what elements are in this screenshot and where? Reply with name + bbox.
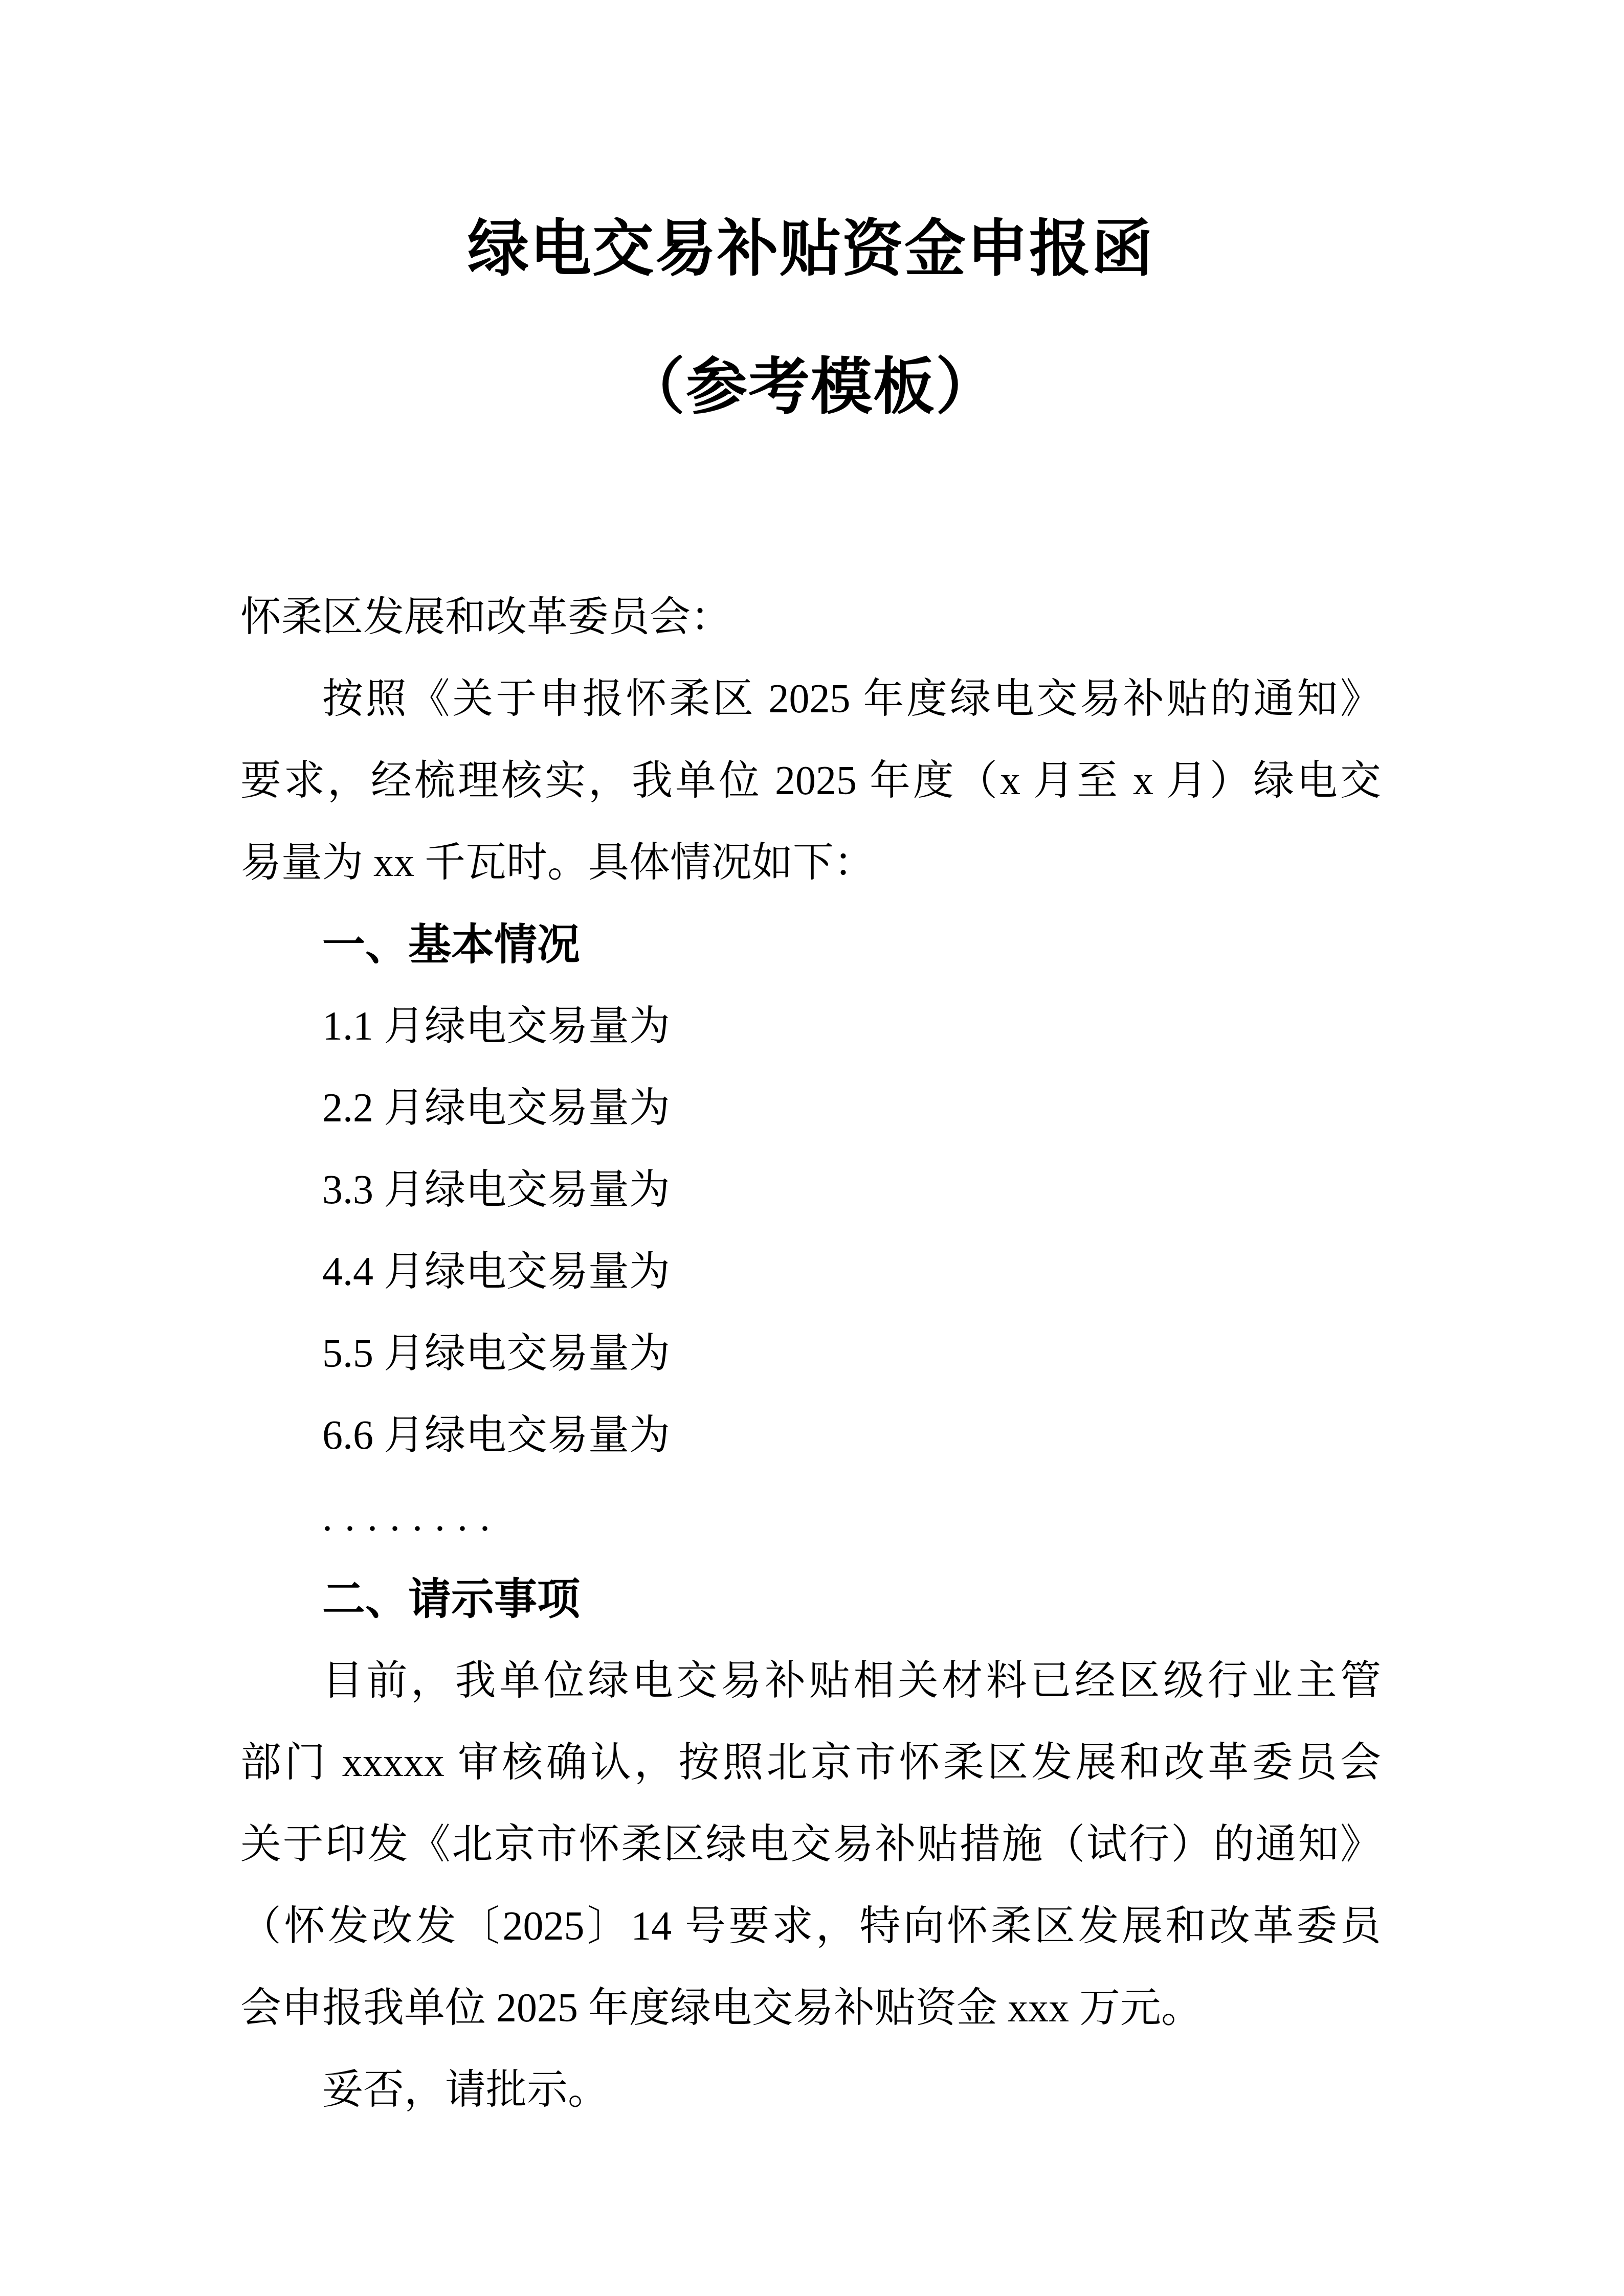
section-heading-request-items: 二、请示事项: [240, 1558, 1381, 1640]
section-heading-basic-info: 一、基本情况: [240, 904, 1381, 985]
closing-line: 妥否，请批示。: [240, 2049, 1381, 2131]
list-item-month-6: 6.6 月绿电交易量为: [240, 1394, 1381, 1476]
document-body: 怀柔区发展和改革委员会： 按照《关于申报怀柔区 2025 年度绿电交易补贴的通知…: [240, 576, 1381, 2131]
paragraph-line: 关于印发《北京市怀柔区绿电交易补贴措施（试行）的通知》: [240, 1804, 1381, 1885]
paragraph-line: 按照《关于申报怀柔区 2025 年度绿电交易补贴的通知》: [240, 658, 1381, 740]
paragraph-line: （怀发改发〔2025〕14 号要求，特向怀柔区发展和改革委员: [240, 1885, 1381, 1967]
paragraph-line: 会申报我单位 2025 年度绿电交易补贴资金 xxx 万元。: [240, 1967, 1381, 2049]
document-page: 绿电交易补贴资金申报函 （参考模板） 怀柔区发展和改革委员会： 按照《关于申报怀…: [0, 0, 1624, 2296]
paragraph-line: 易量为 xx 千瓦时。具体情况如下：: [240, 822, 1381, 904]
salutation-line: 怀柔区发展和改革委员会：: [240, 576, 1381, 658]
list-item-month-5: 5.5 月绿电交易量为: [240, 1313, 1381, 1394]
list-item-month-4: 4.4 月绿电交易量为: [240, 1231, 1381, 1313]
list-item-month-3: 3.3 月绿电交易量为: [240, 1149, 1381, 1231]
list-item-month-1: 1.1 月绿电交易量为: [240, 985, 1381, 1067]
list-item-month-2: 2.2 月绿电交易量为: [240, 1067, 1381, 1149]
ellipsis-line: ........: [240, 1476, 1381, 1558]
document-subtitle: （参考模板）: [240, 349, 1381, 425]
paragraph-line: 要求，经梳理核实，我单位 2025 年度（x 月至 x 月）绿电交: [240, 740, 1381, 822]
document-title: 绿电交易补贴资金申报函: [240, 211, 1381, 287]
paragraph-line: 部门 xxxxx 审核确认，按照北京市怀柔区发展和改革委员会: [240, 1722, 1381, 1804]
paragraph-line: 目前，我单位绿电交易补贴相关材料已经区级行业主管: [240, 1640, 1381, 1722]
